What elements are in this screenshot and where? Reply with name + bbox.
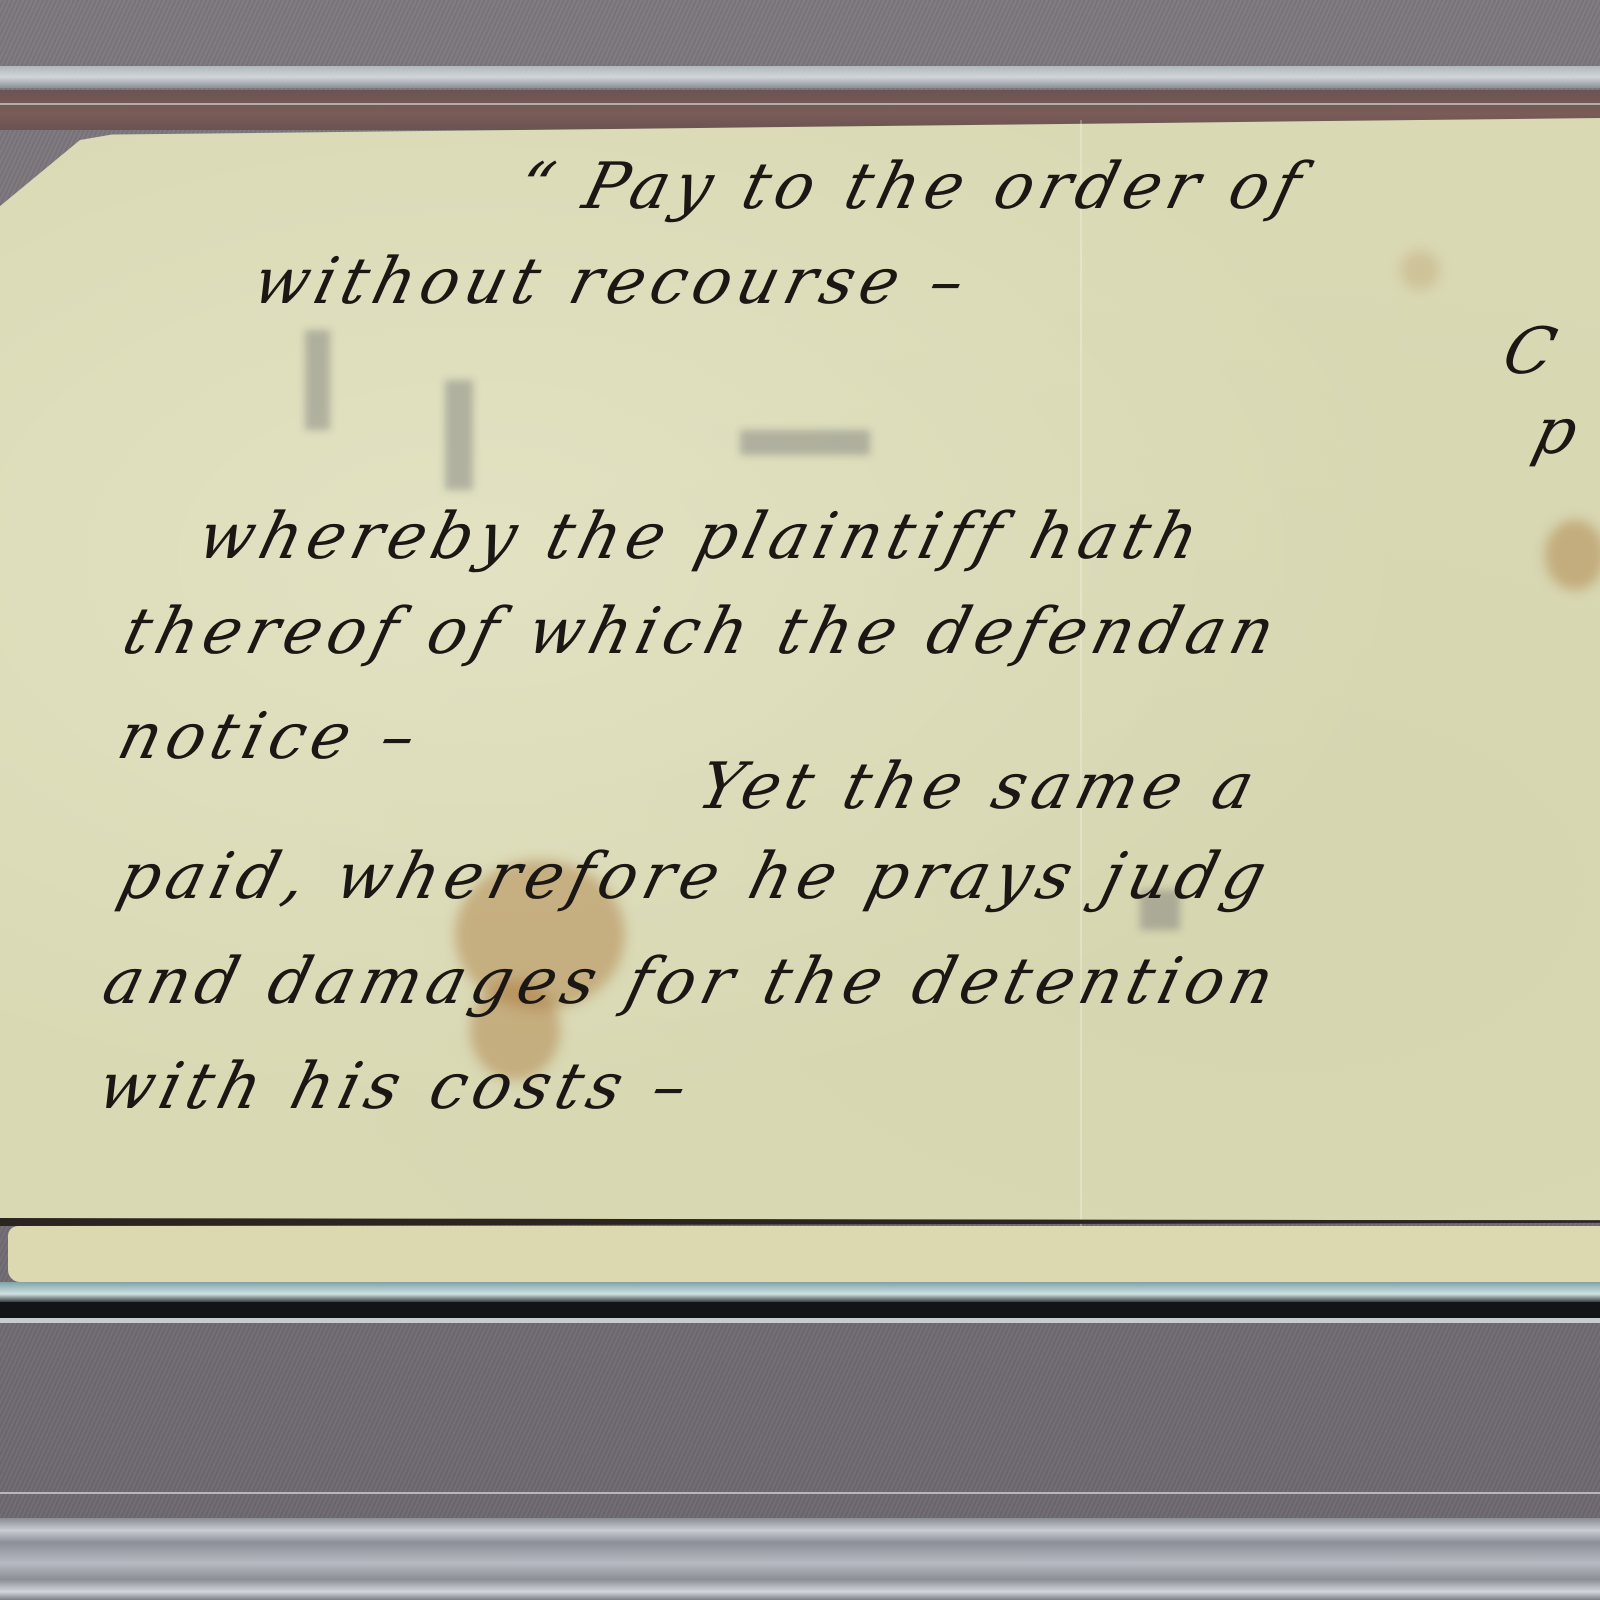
holder-bottom-line [0,1492,1600,1494]
handwritten-line: whereby the plaintiff hath [191,500,1212,574]
handwritten-line: without recourse – [246,245,978,319]
photo-scene: “ Pay to the order of without recourse –… [0,0,1600,1600]
stain [1545,520,1600,590]
holder-bottom-clear-edge [0,1282,1600,1302]
holder-bottom-rail-light [0,1318,1600,1323]
handwritten-line: paid, wherefore he prays judg [111,840,1280,914]
handwritten-line: and damages for the detention [96,945,1287,1019]
holder-top-line [0,103,1600,105]
handwritten-line: with his costs – [91,1050,701,1124]
stain [1400,250,1440,290]
smudge [740,430,870,455]
holder-bottom-rail-dark [0,1302,1600,1318]
handwritten-line: “ Pay to the order of [511,150,1314,224]
handwritten-line: thereof of which the defendan [116,595,1288,669]
handwritten-line: Yet the same a [691,750,1267,824]
handwritten-line: notice – [111,700,429,774]
smudge [305,330,330,430]
holder-bottom-foot [0,1518,1600,1600]
paper-bottom-strip [8,1226,1600,1282]
holder-top-rail [0,66,1600,88]
smudge [445,380,473,490]
paper-fold [1080,120,1082,1280]
